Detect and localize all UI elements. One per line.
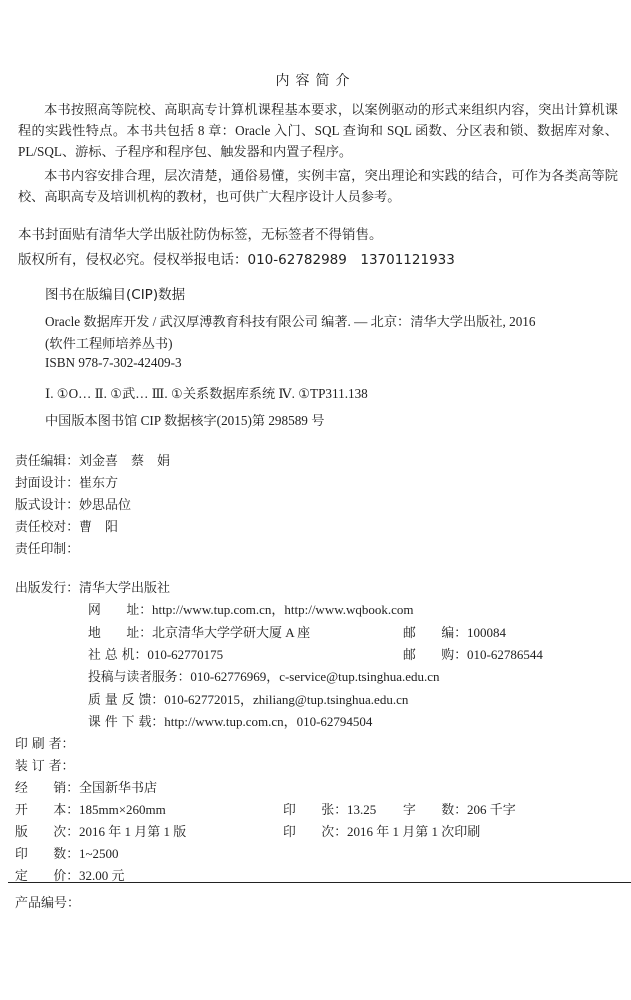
format-line: 开 本：185mm×260mm [15, 799, 166, 818]
publisher-quality-feedback: 质 量 反 馈：010-62772015，zhiliang@tup.tsingh… [88, 689, 408, 708]
publisher-line: 出版发行：清华大学出版社 [15, 577, 170, 596]
edition-line: 版 次：2016 年 1 月第 1 版 [15, 821, 186, 840]
sheets-line: 印 张：13.25 [283, 799, 376, 818]
binder-line: 装 订 者： [15, 755, 74, 774]
copyright-line: 版权所有，侵权必究。侵权举报电话：010-62782989 1370112193… [18, 248, 455, 268]
staff-cover-design: 封面设计：崔东方 [15, 472, 118, 491]
divider-rule [8, 882, 631, 883]
publisher-address: 地 址：北京清华大学学研大厦 A 座 [88, 622, 310, 641]
intro-paragraph-1: 本书按照高等院校、高职高专计算机课程基本要求，以案例驱动的形式来组织内容，突出计… [18, 99, 618, 162]
cip-line-isbn: ISBN 978-7-302-42409-3 [45, 355, 182, 371]
staff-editor: 责任编辑：刘金喜 蔡 娟 [15, 450, 170, 469]
cip-classification: Ⅰ. ①O… Ⅱ. ①武… Ⅲ. ①关系数据库系统 Ⅳ. ①TP311.138 [45, 383, 368, 402]
staff-layout-design: 版式设计：妙思品位 [15, 494, 131, 513]
staff-print-supervisor: 责任印制： [15, 538, 79, 557]
product-code-line: 产品编号： [15, 892, 80, 911]
cip-line-series: (软件工程师培养丛书) [45, 333, 172, 352]
page-title: 内容简介 [0, 70, 631, 90]
impression-line: 印 次：2016 年 1 月第 1 次印刷 [283, 821, 480, 840]
publisher-switchboard: 社 总 机：010-62770175 [88, 644, 223, 663]
words-line: 字 数：206 千字 [403, 799, 516, 818]
staff-proofreader: 责任校对：曹 阳 [15, 516, 118, 535]
cip-heading: 图书在版编目(CIP)数据 [45, 283, 185, 303]
publisher-mailorder: 邮 购：010-62786544 [403, 644, 543, 663]
cip-line-title: Oracle 数据库开发 / 武汉厚溥教育科技有限公司 编著. — 北京：清华大… [45, 311, 535, 330]
publisher-reader-service: 投稿与读者服务：010-62776969，c-service@tup.tsing… [88, 666, 440, 685]
print-run-line: 印 数：1~2500 [15, 843, 119, 862]
printer-line: 印 刷 者： [15, 733, 74, 752]
anti-counterfeit-notice: 本书封面贴有清华大学出版社防伪标签，无标签者不得销售。 [18, 223, 383, 243]
intro-paragraph-2: 本书内容安排合理，层次清楚，通俗易懂，实例丰富，突出理论和实践的结合，可作为各类… [18, 165, 618, 207]
publisher-postcode: 邮 编：100084 [403, 622, 506, 641]
distributor-line: 经 销：全国新华书店 [15, 777, 157, 796]
publisher-courseware: 课 件 下 载：http://www.tup.com.cn，010-627945… [88, 711, 372, 730]
publisher-website: 网 址：http://www.tup.com.cn，http://www.wqb… [88, 599, 414, 618]
cip-record: 中国版本图书馆 CIP 数据核字(2015)第 298589 号 [45, 410, 324, 429]
